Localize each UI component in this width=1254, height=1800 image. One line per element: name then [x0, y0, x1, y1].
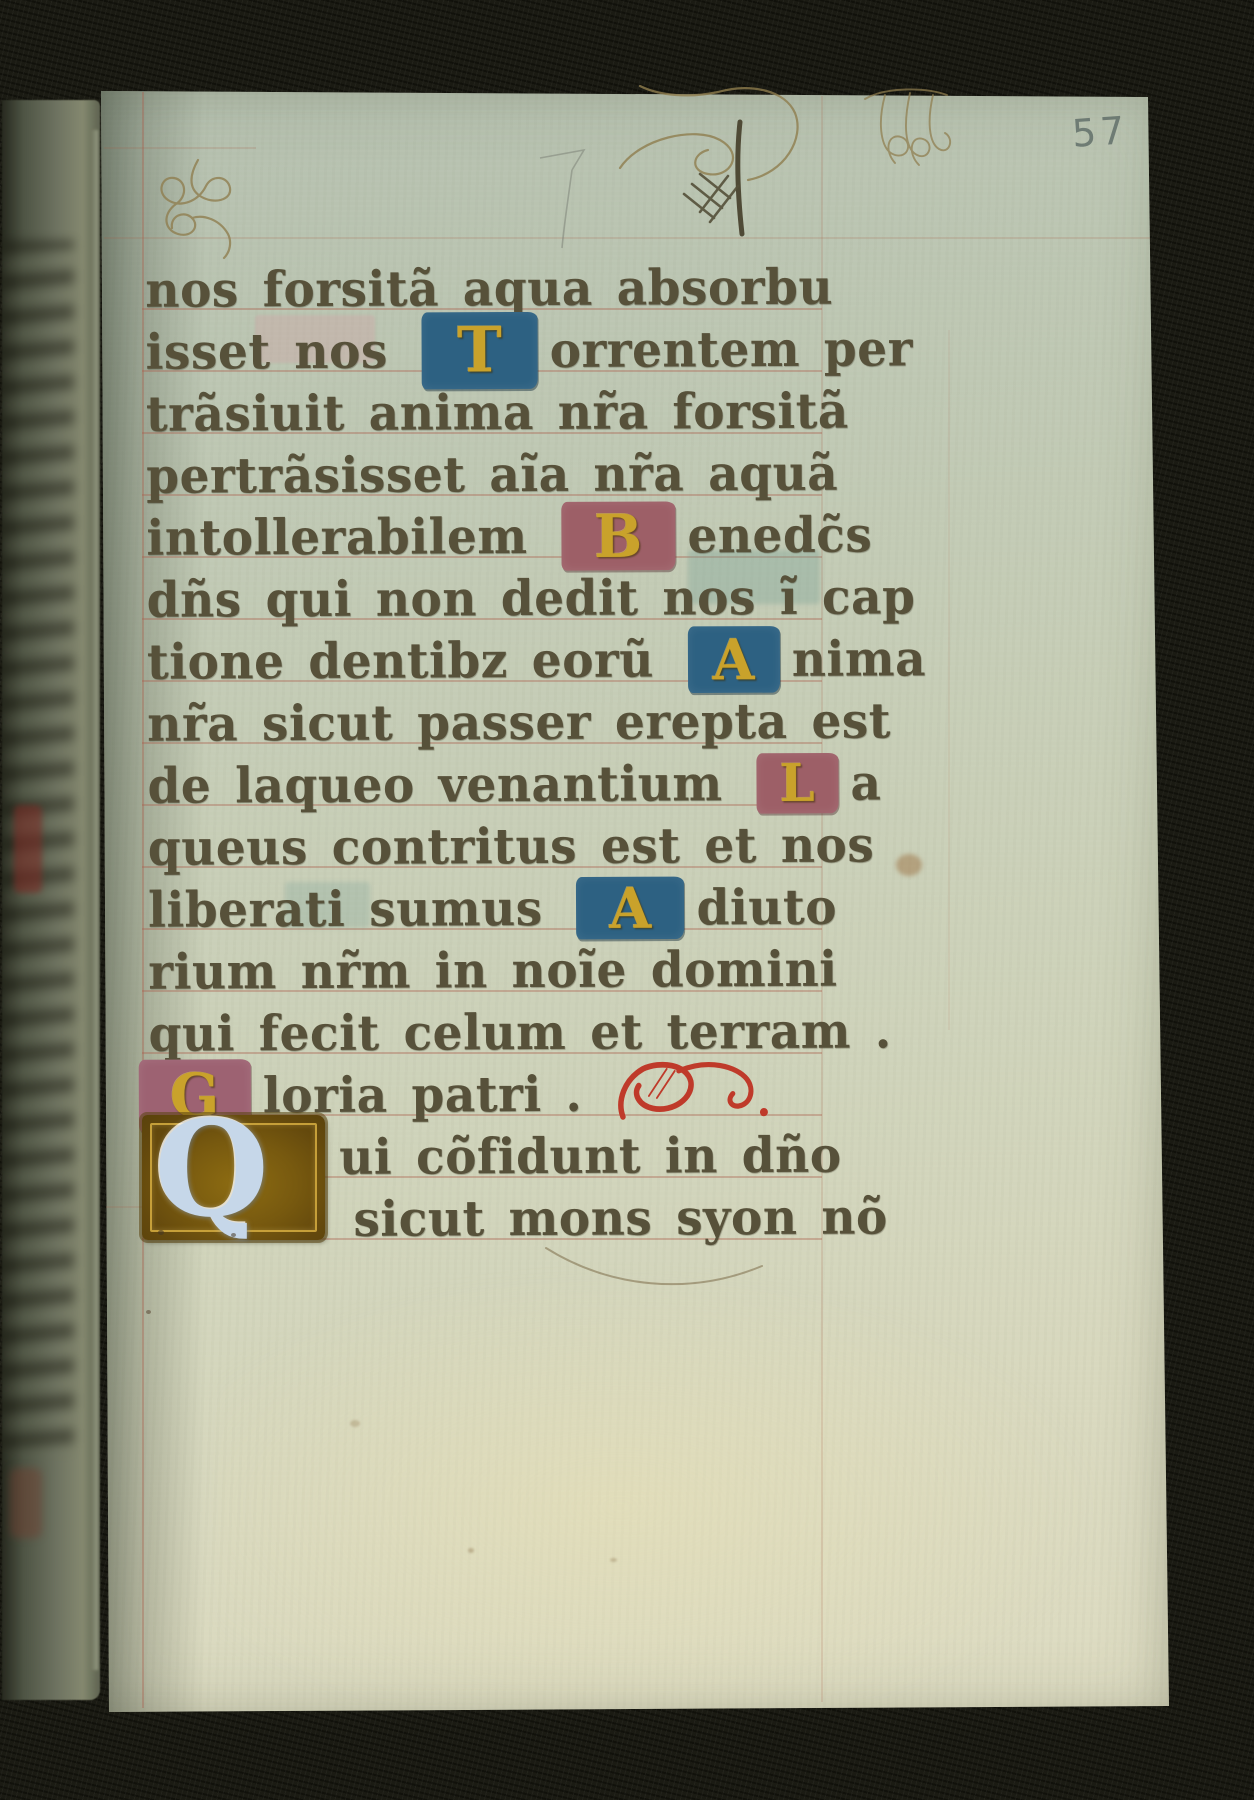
line-text: isset nos	[145, 322, 411, 380]
stain-spot	[350, 1420, 360, 1427]
line-text: nr̃a sicut passer erepta est	[147, 692, 891, 752]
line-text: de laqueo venantium	[147, 755, 746, 815]
line-text: sicut mons syon nõ	[353, 1188, 888, 1248]
line-text: trãsiuit anima nr̃a forsitã	[146, 382, 849, 442]
text-line: dñs qui non dedit nos ĩ cap	[147, 564, 916, 632]
text-line: trãsiuit anima nr̃a forsitã	[146, 379, 849, 447]
text-line: pertrãsisset aĩa nr̃a aquã	[146, 441, 838, 508]
red-psalm-rubric	[608, 1058, 773, 1123]
line-text: a	[850, 754, 881, 811]
stain-spot	[896, 854, 922, 876]
text-line: intollerabilem Benedc̃s	[146, 503, 872, 571]
initial-letter: B	[594, 506, 643, 565]
ink-speck	[146, 1310, 151, 1314]
stain-spot	[610, 1558, 617, 1562]
line-text: nima	[792, 630, 926, 688]
stain-spot	[468, 1548, 474, 1553]
manuscript-photo: 57 nos forsitã aqua absorbu isset nos To…	[0, 0, 1254, 1800]
line-text: queus contritus est et nos	[148, 816, 875, 876]
line-text: tione dentibz eorũ	[147, 631, 678, 691]
line-text: intollerabilem	[146, 508, 551, 567]
text-line: tione dentibz eorũ Anima	[147, 626, 926, 694]
text-line: de laqueo venantium La	[147, 751, 881, 819]
text-line: liberati sumus Adiuto	[148, 875, 837, 942]
line-text: orrentem per	[550, 320, 913, 379]
initial-letter: A	[712, 631, 755, 687]
text-line: ui cõfidunt in dño	[339, 1123, 842, 1190]
text-block: nos forsitã aqua absorbu isset nos Torre…	[0, 0, 1254, 1800]
line-text: pertrãsisset aĩa nr̃a aquã	[146, 444, 838, 504]
illuminated-initial-B: B	[561, 501, 675, 570]
drop-cap-Q-panel: Q	[142, 1115, 325, 1240]
illuminated-initial-T: T	[422, 312, 538, 389]
line-text: rium nr̃m in noĩe domini	[148, 940, 838, 1000]
initial-letter: T	[457, 319, 502, 382]
text-line: isset nos Torrentem per	[145, 317, 913, 385]
line-text: enedc̃s	[687, 506, 872, 564]
line-text: diuto	[696, 878, 837, 936]
ink-speck	[231, 1233, 236, 1237]
text-line: qui fecit celum et terram .	[148, 999, 891, 1067]
illuminated-initial-A: A	[688, 626, 780, 693]
illuminated-initial-L: L	[756, 753, 838, 814]
initial-letter: A	[609, 880, 652, 936]
line-text: qui fecit celum et terram .	[148, 1002, 891, 1062]
line-text: dñs qui non dedit nos ĩ cap	[147, 568, 916, 629]
line-text: ui cõfidunt in dño	[339, 1126, 842, 1185]
text-line: queus contritus est et nos	[148, 813, 875, 881]
drop-cap-letter: Q	[154, 1097, 269, 1242]
illuminated-initial-A: A	[576, 877, 684, 940]
text-line: sicut mons syon nõ	[353, 1185, 888, 1252]
text-line: rium nr̃m in noĩe domini	[148, 937, 838, 1004]
line-text: liberati sumus	[148, 880, 567, 939]
line-text: nos forsitã aqua absorbu	[145, 258, 833, 318]
text-line: nr̃a sicut passer erepta est	[147, 689, 891, 757]
initial-letter: L	[779, 757, 815, 809]
ink-speck	[158, 1230, 164, 1235]
